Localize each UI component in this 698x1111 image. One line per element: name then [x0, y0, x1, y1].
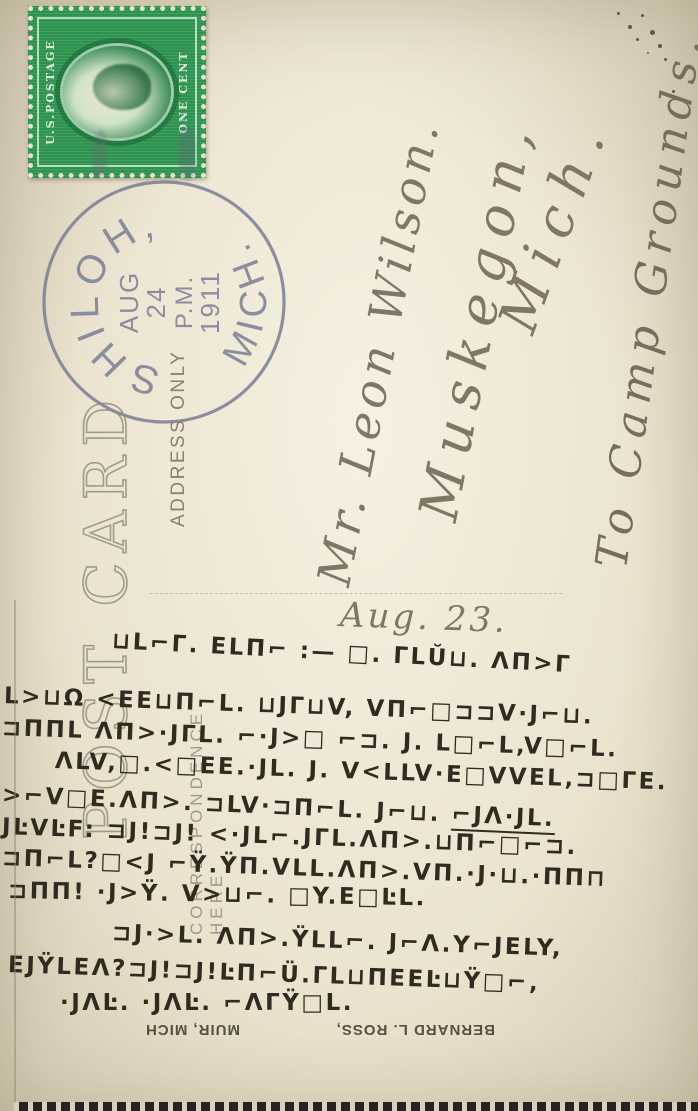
- stamp-design: U.S.POSTAGE ONE CENT: [37, 17, 197, 167]
- ink-speck: [664, 58, 667, 61]
- stamp-portrait-oval: [63, 46, 171, 138]
- address-only-label: ADDRESS ONLY: [168, 337, 196, 527]
- card-edge-crease: [14, 600, 16, 1105]
- ink-speck: [636, 38, 639, 41]
- cipher-line-11: ·JΛĿ. ·JΛĿ. ⌐ΛΓΫ□L.: [60, 990, 354, 1016]
- postmark-meridiem: P.M.: [171, 275, 198, 329]
- delivery-note: To Camp Grounds.: [582, 24, 698, 572]
- postmark-month: AUG: [114, 271, 144, 333]
- ink-speck: [641, 14, 644, 17]
- ink-speck: [647, 52, 649, 54]
- ink-speck: [672, 90, 675, 93]
- message-date: Aug. 23.: [339, 595, 508, 641]
- postcard-back: U.S.POSTAGE ONE CENT SHILOH, MICH. AUG 2…: [0, 0, 698, 1111]
- ink-speck: [650, 30, 655, 35]
- cipher-line-9: ⊐J·>L. ΛΠ>.ΫLL⌐. J⌐Λ.Y⌐JELY,: [112, 920, 564, 962]
- stamp-top-label: U.S.POSTAGE: [44, 19, 57, 165]
- publisher-imprint: BERNARD L. ROSS, MUIR, MICH: [145, 1018, 495, 1038]
- postmark-day: 24: [141, 286, 171, 319]
- publisher-town: MUIR, MICH: [145, 1018, 240, 1038]
- ink-speck: [617, 12, 620, 15]
- ink-speck: [628, 25, 632, 29]
- publisher-name: BERNARD L. ROSS,: [336, 1018, 495, 1038]
- postmark-year: 1911: [195, 270, 225, 334]
- franklin-portrait: [93, 64, 151, 110]
- address-divider-rule: [150, 593, 562, 594]
- ink-speck: [658, 44, 662, 48]
- card-deckled-edge: [14, 1102, 698, 1111]
